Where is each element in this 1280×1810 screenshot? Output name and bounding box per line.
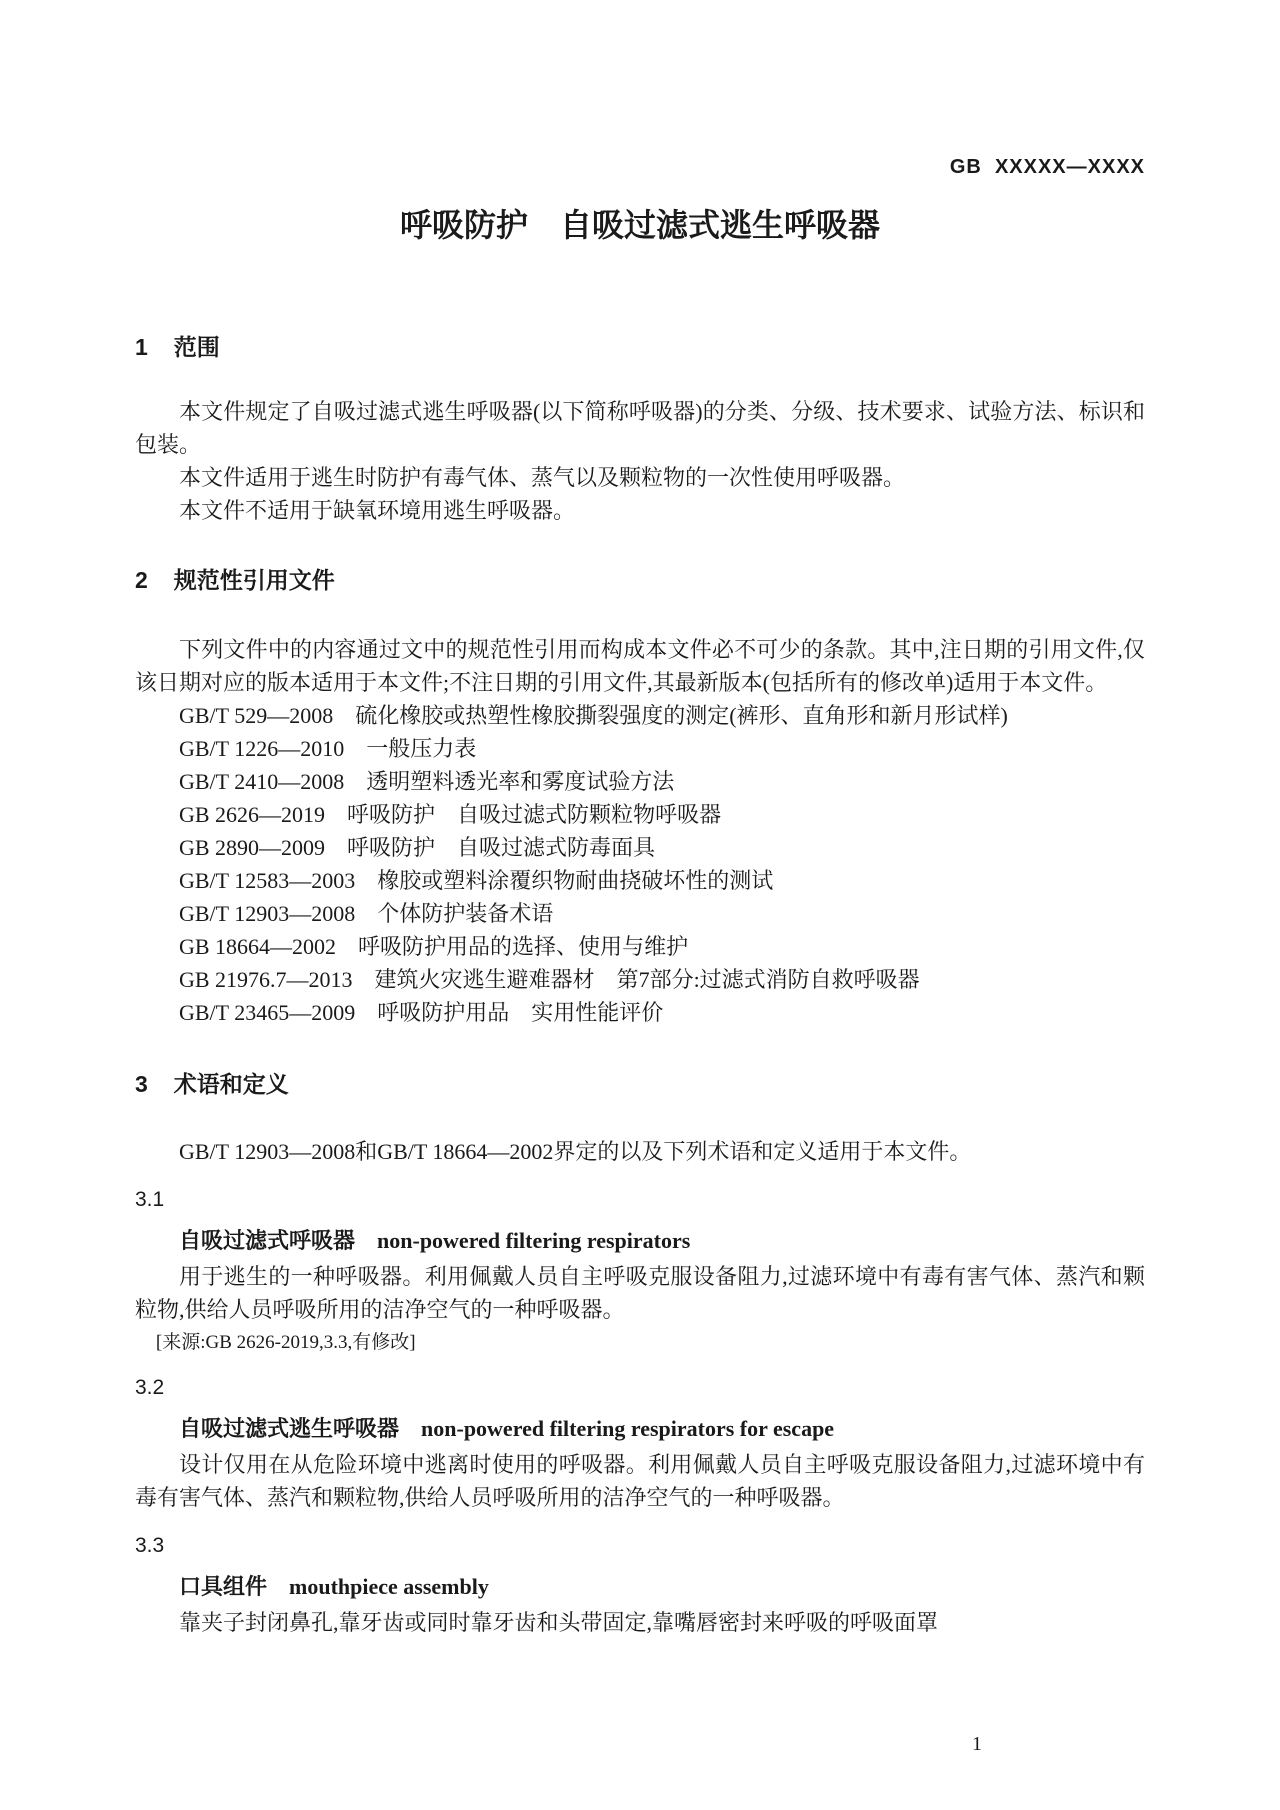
reference-item: GB/T 529—2008 硫化橡胶或热塑性橡胶撕裂强度的测定(裤形、直角形和新… <box>135 699 1145 732</box>
reference-item: GB 2890—2009 呼吸防护 自吸过滤式防毒面具 <box>135 831 1145 864</box>
reference-item: GB/T 12583—2003 橡胶或塑料涂覆织物耐曲挠破坏性的测试 <box>135 864 1145 897</box>
section-3-heading: 3术语和定义 <box>135 1069 1145 1099</box>
reference-item: GB 18664—2002 呼吸防护用品的选择、使用与维护 <box>135 930 1145 963</box>
reference-item: GB/T 2410—2008 透明塑料透光率和雾度试验方法 <box>135 765 1145 798</box>
section-1-label: 范围 <box>174 332 220 362</box>
term-3-3-zh: 口具组件 <box>179 1574 267 1599</box>
term-3-2-definition: 设计仅用在从危险环境中逃离时使用的呼吸器。利用佩戴人员自主呼吸克服设备阻力,过滤… <box>135 1448 1145 1514</box>
term-3-1-zh: 自吸过滤式呼吸器 <box>179 1228 355 1253</box>
term-3-1-number: 3.1 <box>135 1186 1145 1214</box>
term-3-1-source: [来源:GB 2626-2019,3.3,有修改] <box>135 1330 1145 1356</box>
scope-paragraph-3: 本文件不适用于缺氧环境用逃生呼吸器。 <box>135 494 1145 527</box>
doc-title: 呼吸防护 自吸过滤式逃生呼吸器 <box>135 204 1145 246</box>
term-3-1-title: 自吸过滤式呼吸器non-powered filtering respirator… <box>135 1226 1145 1256</box>
reference-item: GB/T 12903—2008 个体防护装备术语 <box>135 897 1145 930</box>
term-3-2-en: non-powered filtering respirators for es… <box>421 1416 834 1441</box>
term-3-3-definition: 靠夹子封闭鼻孔,靠牙齿或同时靠牙齿和头带固定,靠嘴唇密封来呼吸的呼吸面罩 <box>135 1606 1145 1639</box>
term-3-2-title: 自吸过滤式逃生呼吸器non-powered filtering respirat… <box>135 1414 1145 1444</box>
section-1-number: 1 <box>135 332 148 362</box>
term-3-1-en: non-powered filtering respirators <box>377 1228 690 1253</box>
page-number: 1 <box>972 1732 982 1756</box>
document-page: GB XXXXX—XXXX 呼吸防护 自吸过滤式逃生呼吸器 1范围 本文件规定了… <box>0 0 1280 1810</box>
reference-item: GB/T 1226—2010 一般压力表 <box>135 732 1145 765</box>
references-intro: 下列文件中的内容通过文中的规范性引用而构成本文件必不可少的条款。其中,注日期的引… <box>135 633 1145 699</box>
term-3-2-zh: 自吸过滤式逃生呼吸器 <box>179 1416 399 1441</box>
scope-paragraph-1: 本文件规定了自吸过滤式逃生呼吸器(以下简称呼吸器)的分类、分级、技术要求、试验方… <box>135 395 1145 461</box>
section-3-label: 术语和定义 <box>174 1069 289 1099</box>
term-3-3-title: 口具组件mouthpiece assembly <box>135 1572 1145 1602</box>
scope-paragraph-2: 本文件适用于逃生时防护有毒气体、蒸气以及颗粒物的一次性使用呼吸器。 <box>135 461 1145 494</box>
term-3-3-number: 3.3 <box>135 1532 1145 1560</box>
reference-item: GB 21976.7—2013 建筑火灾逃生避难器材 第7部分:过滤式消防自救呼… <box>135 963 1145 996</box>
reference-item: GB/T 23465—2009 呼吸防护用品 实用性能评价 <box>135 996 1145 1029</box>
term-3-3-en: mouthpiece assembly <box>289 1574 489 1599</box>
doc-code: GB XXXXX—XXXX <box>135 156 1145 178</box>
section-3-number: 3 <box>135 1069 148 1099</box>
term-3-2-number: 3.2 <box>135 1374 1145 1402</box>
section-2-heading: 2规范性引用文件 <box>135 565 1145 595</box>
reference-item: GB 2626—2019 呼吸防护 自吸过滤式防颗粒物呼吸器 <box>135 798 1145 831</box>
section-1-heading: 1范围 <box>135 332 1145 362</box>
terms-intro: GB/T 12903—2008和GB/T 18664—2002界定的以及下列术语… <box>135 1135 1145 1168</box>
term-3-1-definition: 用于逃生的一种呼吸器。利用佩戴人员自主呼吸克服设备阻力,过滤环境中有毒有害气体、… <box>135 1260 1145 1326</box>
section-2-label: 规范性引用文件 <box>174 565 335 595</box>
section-2-number: 2 <box>135 565 148 595</box>
